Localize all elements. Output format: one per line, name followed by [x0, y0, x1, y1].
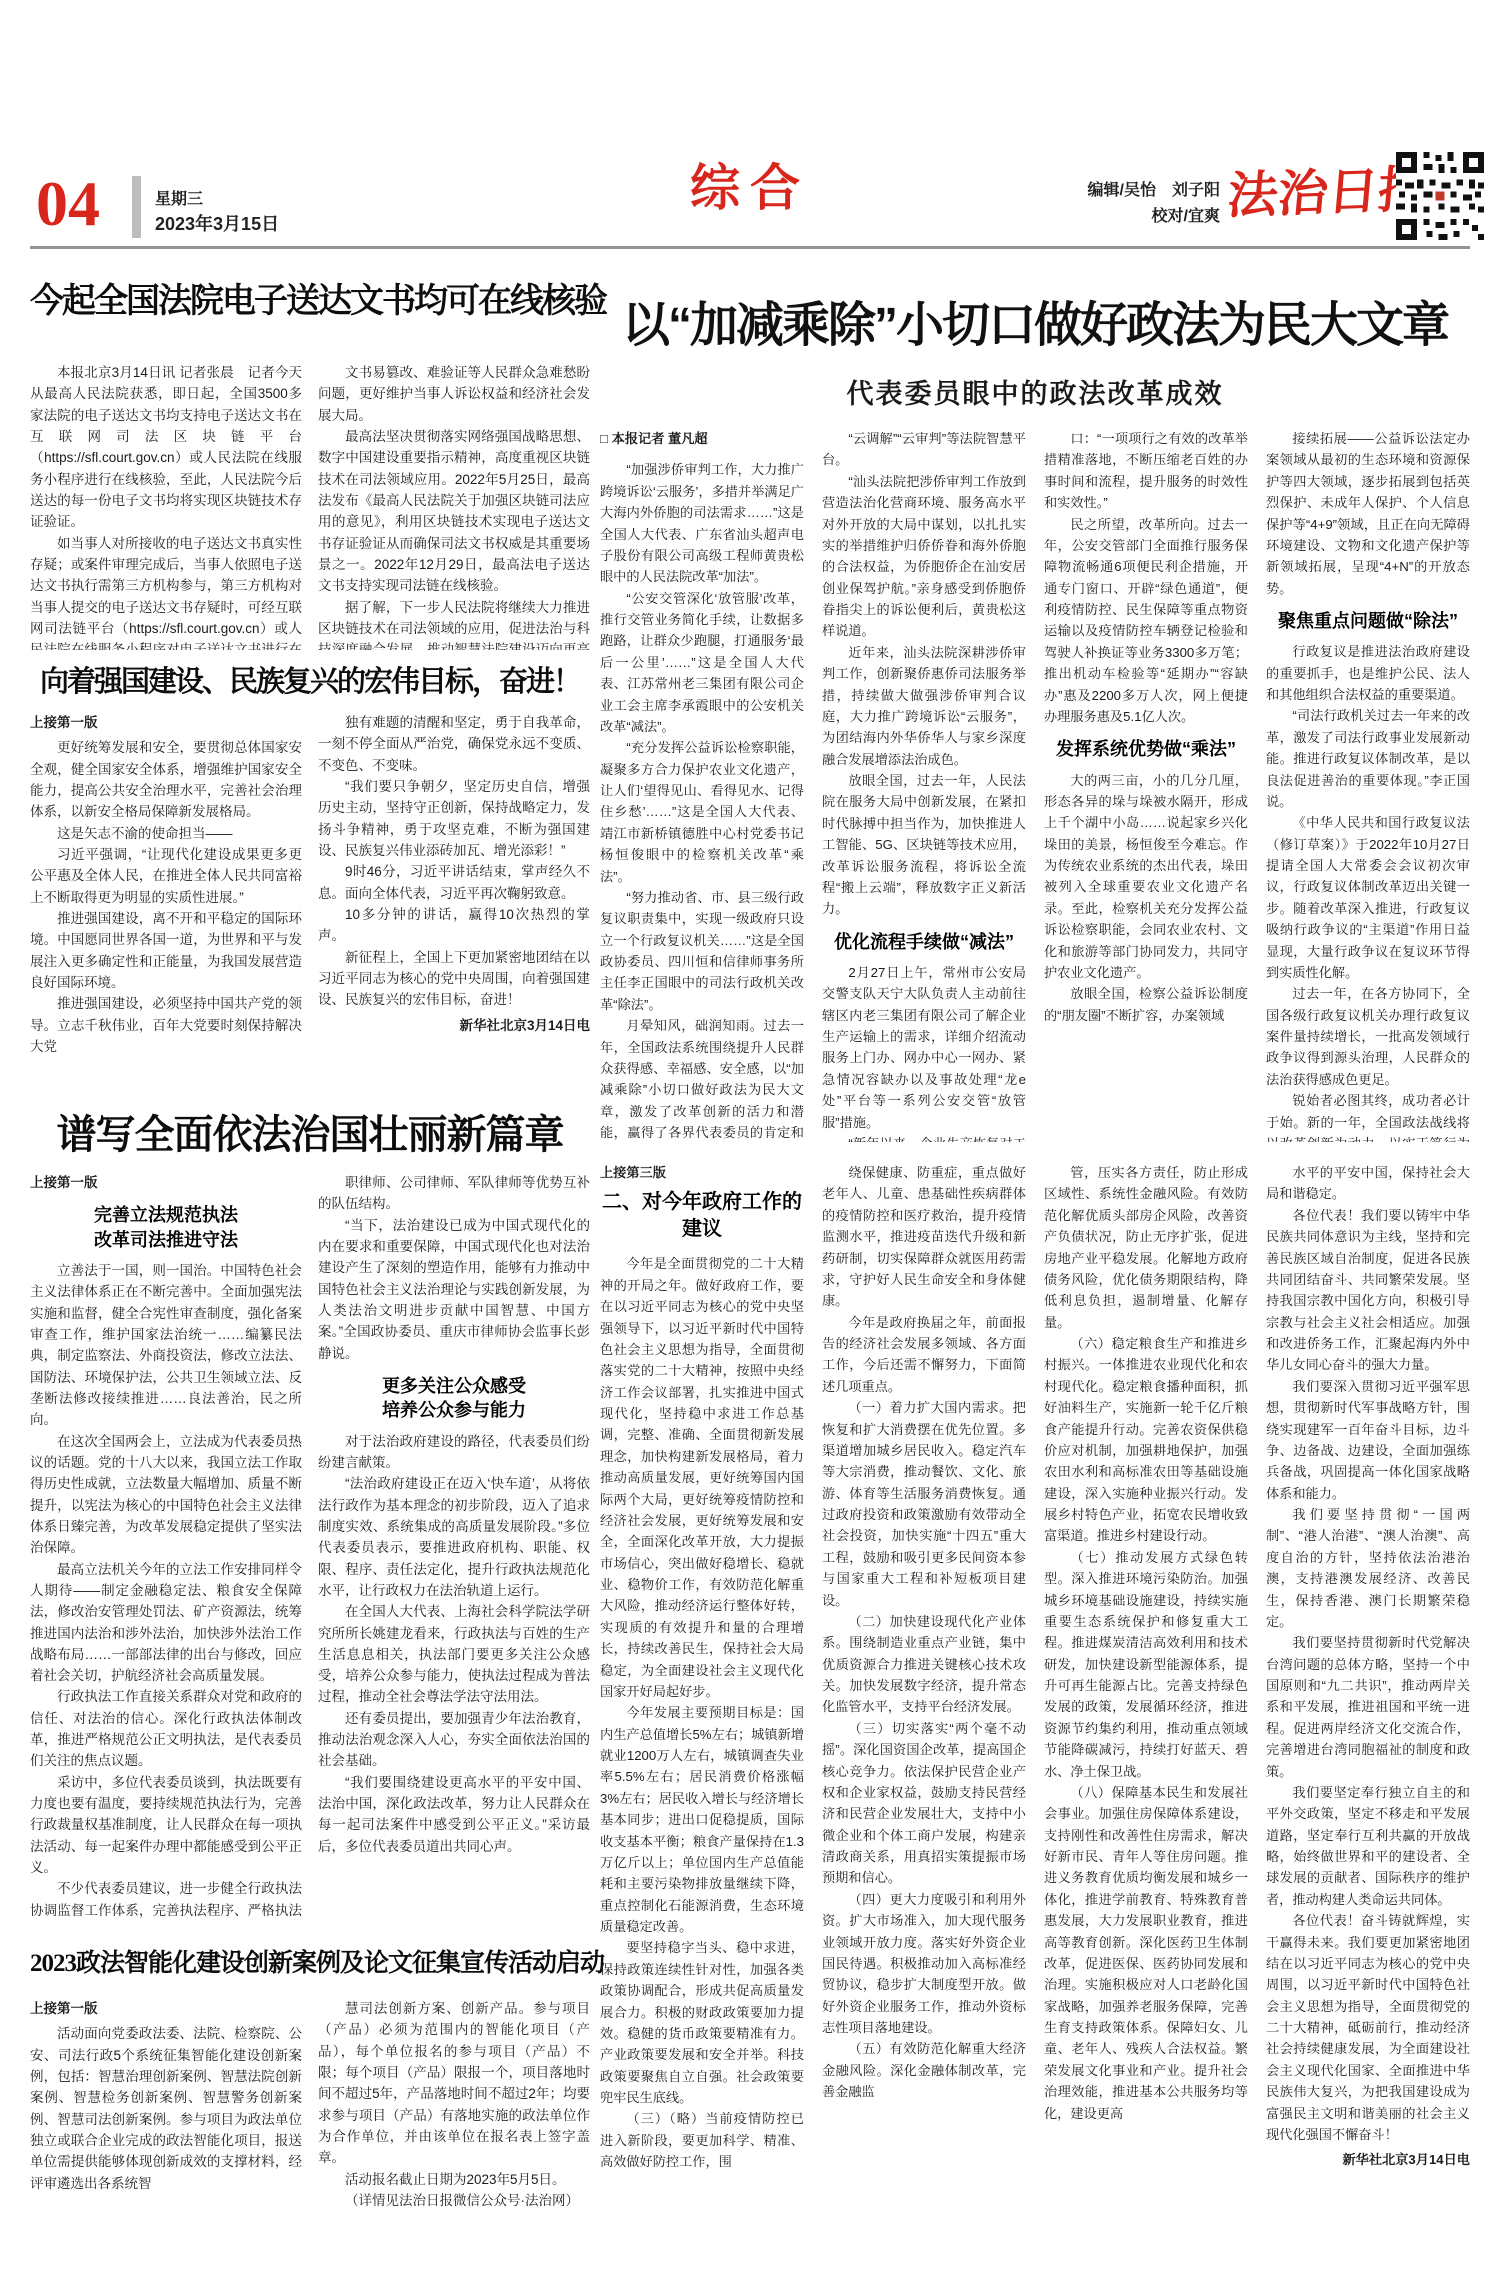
text-block-p: 放眼全国，检察公益诉讼制度的“朋友圈”不断扩容，办案领域	[1044, 983, 1248, 1026]
text-block-p: （三）（略）当前疫情防控已进入新阶段，要更加科学、精准、高效做好防控工作，围	[600, 2108, 804, 2172]
text-block-p: “我们要围绕建设更高水平的平安中国、法治中国，深化政法改革，努力让人民群众在每一…	[318, 1772, 590, 1857]
article-d-col-1: 上接第一版活动面向党委政法委、法院、检察院、公安、司法行政5个系统征集智能化建设…	[30, 1998, 302, 2244]
main-article-col-3: 口：“一项项行之有效的改革举措精准落地，不断压缩老百姓的办事时间和流程，提升服务…	[1044, 428, 1248, 1142]
text-block-p: 本报北京3月14日讯 记者张晨 记者今天从最高人民法院获悉，即日起，全国3500…	[30, 362, 302, 533]
text-block-p: 我们要坚持贯彻“一国两制”、“港人治港”、“澳人治澳”、高度自治的方针，坚持依法…	[1266, 1504, 1470, 1632]
text-block-p: 大的两三亩，小的几分几厘，形态各异的垛与垛被水隔开，形成上千个湖中小岛……说起家…	[1044, 770, 1248, 984]
text-block-p: 习近平强调，“让现代化建设成果更多更公平惠及全体人民，在推进全体人民共同富裕上不…	[30, 844, 302, 908]
text-block-p: 如当事人对所接收的电子送达文书真实性存疑；或案件审理完成后，当事人依照电子送达文…	[30, 533, 302, 650]
article-b-col-1: 上接第一版更好统筹发展和安全，要贯彻总体国家安全观，健全国家安全体系，增强维护国…	[30, 712, 302, 1078]
text-block-p: 行政执法工作直接关系群众对党和政府的信任、对法治的信心。深化行政执法体制改革，推…	[30, 1686, 302, 1771]
text-block-p: 绕保健康、防重症，重点做好老年人、儿童、患基础性疾病群体的疫情防控和医疗救治，提…	[822, 1162, 1026, 1312]
text-block-note: 上接第一版	[30, 1172, 302, 1193]
text-block-p: （五）有效防范化解重大经济金融风险。深化金融体制改革，完善金融监	[822, 2038, 1026, 2102]
report-col-2: 绕保健康、防重症，重点做好老年人、儿童、患基础性疾病群体的疫情防控和医疗救治，提…	[822, 1162, 1026, 2242]
text-block-p: 各位代表！奋斗铸就辉煌，实干赢得未来。我们要更加紧密地团结在以习近平同志为核心的…	[1266, 1910, 1470, 2145]
text-block-p: 月晕知风，础润知雨。过去一年，全国政法系统围绕提升人民群众获得感、幸福感、安全感…	[600, 1015, 804, 1142]
newspaper-page: 04 星期三 2023年3月15日 综合 编辑/吴怡 刘子阳 校对/宜爽 法治日…	[0, 0, 1500, 2279]
report-section-body: 上接第三版二、对今年政府工作的建议今年是全面贯彻党的二十大精神的开局之年。做好政…	[600, 1162, 1470, 2242]
text-block-p: “司法行政机关过去一年来的改革，激发了司法行政事业发展新动能。推进行政复议体制改…	[1266, 705, 1470, 812]
text-block-p: 对于法治政府建设的路径，代表委员们纷纷建言献策。	[318, 1431, 590, 1474]
report-col-4: 水平的平安中国，保持社会大局和谐稳定。各位代表！我们要以铸牢中华民族共同体意识为…	[1266, 1162, 1470, 2242]
text-block-p: （七）推动发展方式绿色转型。深入推进环境污染防治。加强城乡环境基础设施建设，持续…	[1044, 1547, 1248, 1782]
text-block-p: “法治政府建设正在迈入‘快车道’，从将依法行政作为基本理念的初步阶段，迈入了追求…	[318, 1473, 590, 1601]
article-a-col-1: 本报北京3月14日讯 记者张晨 记者今天从最高人民法院获悉，即日起，全国3500…	[30, 362, 302, 650]
article-b-title: 向着强国建设、民族复兴的宏伟目标，奋进！	[30, 666, 590, 699]
text-block-p: 《中华人民共和国行政复议法（修订草案）》于2022年10月27日提请全国人大常委…	[1266, 812, 1470, 983]
editors-block: 编辑/吴怡 刘子阳 校对/宜爽	[990, 178, 1220, 229]
article-b-body: 上接第一版更好统筹发展和安全，要贯彻总体国家安全观，健全国家安全体系，增强维护国…	[30, 712, 590, 1078]
report-col-3: 管，压实各方责任，防止形成区域性、系统性金融风险。有效防范化解优质头部房企风险，…	[1044, 1162, 1248, 2242]
text-block-p: 我们要坚定奉行独立自主的和平外交政策，坚定不移走和平发展道路，坚定奉行互利共赢的…	[1266, 1782, 1470, 1910]
text-block-p: （四）更大力度吸引和利用外资。扩大市场准入，加大现代服务业领域开放力度。落实好外…	[822, 1889, 1026, 2039]
text-block-p: 过去一年，在各方协同下，全国各级行政复议机关办理行政复议案件量持续增长，一批高发…	[1266, 983, 1470, 1090]
text-block-p: “公安交管深化‘放管服’改革，推行交管业务简化手续，让数据多跑路，让群众少跑腿，…	[600, 588, 804, 738]
text-block-p: 职律师、公司律师、军队律师等优势互补的队伍结构。	[318, 1172, 590, 1215]
text-block-p: 活动面向党委政法委、法院、检察院、公安、司法行政5个系统征集智能化建设创新案例，…	[30, 2023, 302, 2194]
text-block-p: （一）着力扩大国内需求。把恢复和扩大消费摆在优先位置。多渠道增加城乡居民收入。稳…	[822, 1397, 1026, 1611]
main-article-col-1: □ 本报记者 董凡超“加强涉侨审判工作，大力推广跨境诉讼‘云服务’，多措并举满足…	[600, 428, 804, 1142]
text-block-p: 立善法于一国，则一国治。中国特色社会主义法律体系正在不断完善中。全面加强宪法实施…	[30, 1260, 302, 1431]
text-block-by: □ 本报记者 董凡超	[600, 428, 804, 449]
masthead-logo: 法治日报	[1225, 155, 1402, 231]
article-b-col-2: 独有难题的清醒和坚定，勇于自我革命，一刻不停全面从严治党，确保党永远不变质、不变…	[318, 712, 590, 1078]
text-block-h: 发挥系统优势做“乘法”	[1044, 737, 1248, 761]
main-article-col-2: “云调解”“云审判”等法院智慧平台。“汕头法院把涉侨审判工作放到营造法治化营商环…	[822, 428, 1026, 1142]
article-a-col-2: 文书易篡改、难验证等人民群众急难愁盼问题，更好维护当事人诉讼权益和经济社会发展大…	[318, 362, 590, 650]
text-block-p: 这是矢志不渝的使命担当——	[30, 823, 302, 844]
text-block-p: 慧司法创新方案、创新产品。参与项目（产品）必须为范围内的智能化项目（产品），每个…	[318, 1998, 590, 2169]
text-block-p: 据了解，下一步人民法院将继续大力推进区块链技术在司法领域的应用，促进法治与科技深…	[318, 597, 590, 650]
text-block-p: 最高立法机关今年的立法工作安排同样令人期待——制定金融稳定法、粮食安全保障法，修…	[30, 1559, 302, 1687]
article-d-col-2: 慧司法创新方案、创新产品。参与项目（产品）必须为范围内的智能化项目（产品），每个…	[318, 1998, 590, 2244]
text-block-sign: 新华社北京3月14日电	[1266, 2149, 1470, 2170]
main-article-subtitle: 代表委员眼中的政法改革成效	[600, 372, 1470, 411]
report-col-1: 上接第三版二、对今年政府工作的建议今年是全面贯彻党的二十大精神的开局之年。做好政…	[600, 1162, 804, 2242]
text-block-p: 口：“一项项行之有效的改革举措精准落地，不断压缩老百姓的办事时间和流程，提升服务…	[1044, 428, 1248, 514]
article-d-title: 2023政法智能化建设创新案例及论文征集宣传活动启动	[30, 1950, 590, 1979]
text-block-p: 我们要坚持贯彻新时代党解决台湾问题的总体方略，坚持一个中国原则和“九二共识”，推…	[1266, 1632, 1470, 1782]
text-block-p: 放眼全国，过去一年，人民法院在服务大局中创新发展，在紧扣时代脉搏中担当作为，加快…	[822, 770, 1026, 920]
article-d-body: 上接第一版活动面向党委政法委、法院、检察院、公安、司法行政5个系统征集智能化建设…	[30, 1998, 590, 2244]
text-block-h: 优化流程手续做“减法”	[822, 930, 1026, 954]
text-block-p: 行政复议是推进法治政府建设的重要抓手，也是维护公民、法人和其他组织合法权益的重要…	[1266, 641, 1470, 705]
text-block-p: “努力推动省、市、县三级行政复议职责集中，实现一级政府只设立一个行政复议机关………	[600, 887, 804, 1015]
text-block-p: 更好统筹发展和安全，要贯彻总体国家安全观，健全国家安全体系，增强维护国家安全能力…	[30, 737, 302, 822]
article-c-col-2: 职律师、公司律师、军队律师等优势互补的队伍结构。“当下，法治建设已成为中国式现代…	[318, 1172, 590, 1920]
main-article-title: 以“加减乘除”小切口做好政法为民大文章	[600, 286, 1470, 355]
text-block-p: 民之所望，改革所向。过去一年，公安交管部门全面推行服务保障物流畅通6项便民利企措…	[1044, 514, 1248, 728]
text-block-note: 上接第一版	[30, 1998, 302, 2019]
text-block-note: 上接第一版	[30, 712, 302, 733]
text-block-h: 二、对今年政府工作的建议	[600, 1189, 804, 1243]
text-block-p: 管，压实各方责任，防止形成区域性、系统性金融风险。有效防范化解优质头部房企风险，…	[1044, 1162, 1248, 1333]
header-divider-rule	[30, 246, 1470, 249]
article-c-col-1: 上接第一版完善立法规范执法 改革司法推进守法立善法于一国，则一国治。中国特色社会…	[30, 1172, 302, 1920]
text-block-p: 推进强国建设，离不开和平稳定的国际环境。中国愿同世界各国一道，为世界和平与发展注…	[30, 908, 302, 993]
main-article-col-4: 接续拓展——公益诉讼法定办案领域从最初的生态环境和资源保护等四大领域，逐步拓展到…	[1266, 428, 1470, 1142]
text-block-p: 要坚持稳字当头、稳中求进，保持政策连续性针对性，加强各类政策协调配合，形成共促高…	[600, 1937, 804, 2108]
text-block-p: 今年发展主要预期目标是：国内生产总值增长5%左右；城镇新增就业1200万人左右，…	[600, 1702, 804, 1937]
main-article-body: □ 本报记者 董凡超“加强涉侨审判工作，大力推广跨境诉讼‘云服务’，多措并举满足…	[600, 428, 1470, 1142]
text-block-p: 水平的平安中国，保持社会大局和谐稳定。	[1266, 1162, 1470, 1205]
text-block-p: 2月27日上午，常州市公安局交警支队天宁大队负责人主动前往辖区内老三集团有限公司…	[822, 962, 1026, 1133]
text-block-h: 聚焦重点问题做“除法”	[1266, 609, 1470, 633]
text-block-p: 我们要深入贯彻习近平强军思想，贯彻新时代军事战略方针，围绕实现建军一百年奋斗目标…	[1266, 1376, 1470, 1504]
text-block-p: （八）保障基本民生和发展社会事业。加强住房保障体系建设，支持刚性和改善性住房需求…	[1044, 1782, 1248, 2124]
article-c-body: 上接第一版完善立法规范执法 改革司法推进守法立善法于一国，则一国治。中国特色社会…	[30, 1172, 590, 1920]
text-block-p: 新征程上，全国上下更加紧密地团结在以习近平同志为核心的党中央周围，向着强国建设、…	[318, 947, 590, 1011]
proofreader-line: 校对/宜爽	[990, 204, 1220, 230]
text-block-p: 在全国人大代表、上海社会科学院法学研究所所长姚建龙看来，行政执法与百姓的生产生活…	[318, 1601, 590, 1708]
text-block-p: “新年以来，企业生产恢复对工人需求量猛增，新招收的大量工人大多是骑电动车上班的，…	[822, 1133, 1026, 1142]
article-a-body: 本报北京3月14日讯 记者张晨 记者今天从最高人民法院获悉，即日起，全国3500…	[30, 362, 590, 650]
text-block-p: 独有难题的清醒和坚定，勇于自我革命，一刻不停全面从严治党，确保党永远不变质、不变…	[318, 712, 590, 776]
text-block-p: 采访中，多位代表委员谈到，执法既要有力度也要有温度，要持续规范执法行为，完善行政…	[30, 1772, 302, 1879]
text-block-p: “汕头法院把涉侨审判工作放到营造法治化营商环境、服务高水平对外开放的大局中谋划，…	[822, 471, 1026, 642]
text-block-p: 锐始者必图其终，成功者必计于始。新的一年，全国政法战线将以改革创新为动力，以实干…	[1266, 1090, 1470, 1142]
text-block-p: 文书易篡改、难验证等人民群众急难愁盼问题，更好维护当事人诉讼权益和经济社会发展大…	[318, 362, 590, 426]
text-block-p: 10多分钟的讲话，赢得10次热烈的掌声。	[318, 904, 590, 947]
text-block-p: 9时46分，习近平讲话结束，掌声经久不息。面向全体代表，习近平再次鞠躬致意。	[318, 861, 590, 904]
article-a-title: 今起全国法院电子送达文书均可在线核验	[30, 282, 590, 321]
text-block-p: 最高法坚决贯彻落实网络强国战略思想、数字中国建设重要指示精神，高度重视区块链技术…	[318, 426, 590, 597]
qr-code-icon	[1396, 152, 1484, 240]
text-block-p: “加强涉侨审判工作，大力推广跨境诉讼‘云服务’，多措并举满足广大海内外侨胞的司法…	[600, 459, 804, 587]
text-block-p: （六）稳定粮食生产和推进乡村振兴。一体推进农业现代化和农村现代化。稳定粮食播种面…	[1044, 1333, 1248, 1547]
text-block-p: （二）加快建设现代化产业体系。围绕制造业重点产业链，集中优质资源合力推进关键核心…	[822, 1611, 1026, 1718]
text-block-p: 近年来，汕头法院深耕涉侨审判工作，创新聚侨惠侨司法服务举措，持续做大做强涉侨审判…	[822, 642, 1026, 770]
text-block-p: 今年是全面贯彻党的二十大精神的开局之年。做好政府工作，要在以习近平同志为核心的党…	[600, 1253, 804, 1702]
text-block-p: 活动报名截止日期为2023年5月5日。	[318, 2169, 590, 2190]
text-block-h: 更多关注公众感受 培养公众参与能力	[318, 1374, 590, 1423]
editors-line: 编辑/吴怡 刘子阳	[990, 178, 1220, 204]
article-c-title: 谱写全面依法治国壮丽新篇章	[30, 1112, 590, 1158]
text-block-p: 各位代表！我们要以铸牢中华民族共同体意识为主线，坚持和完善民族区域自治制度，促进…	[1266, 1205, 1470, 1376]
text-block-p: 接续拓展——公益诉讼法定办案领域从最初的生态环境和资源保护等四大领域，逐步拓展到…	[1266, 428, 1470, 599]
text-block-p: 在这次全国两会上，立法成为代表委员热议的话题。党的十八大以来，我国立法工作取得历…	[30, 1431, 302, 1559]
text-block-p: 推进强国建设，必须坚持中国共产党的领导。立志千秋伟业，百年大党要时刻保持解决大党	[30, 993, 302, 1057]
text-block-p: “充分发挥公益诉讼检察职能，凝聚多方合力保护农业文化遗产，让人们‘望得见山、看得…	[600, 737, 804, 887]
text-block-p: 不少代表委员建议，进一步健全行政执法协调监督工作体系，完善执法程序、严格执法责任…	[30, 1878, 302, 1920]
text-block-sign: 新华社北京3月14日电	[318, 1015, 590, 1036]
text-block-p: 今年是政府换届之年，前面报告的经济社会发展多领域、各方面工作，今后还需不懈努力，…	[822, 1312, 1026, 1398]
text-block-h: 完善立法规范执法 改革司法推进守法	[30, 1203, 302, 1252]
text-block-p: 还有委员提出，要加强青少年法治教育，推动法治观念深入人心，夯实全面依法治国的社会…	[318, 1708, 590, 1772]
text-block-p: “我们要只争朝夕，坚定历史自信，增强历史主动，坚持守正创新，保持战略定力，发扬斗…	[318, 776, 590, 861]
text-block-note: 上接第三版	[600, 1162, 804, 1183]
text-block-p: “当下，法治建设已成为中国式现代化的内在要求和重要保障，中国式现代化也对法治建设…	[318, 1215, 590, 1364]
text-block-p: （详情见法治日报微信公众号·法治网）	[318, 2190, 590, 2211]
text-block-p: “云调解”“云审判”等法院智慧平台。	[822, 428, 1026, 471]
text-block-p: （三）切实落实“两个毫不动摇”。深化国资国企改革，提高国企核心竞争力。依法保护民…	[822, 1718, 1026, 1889]
